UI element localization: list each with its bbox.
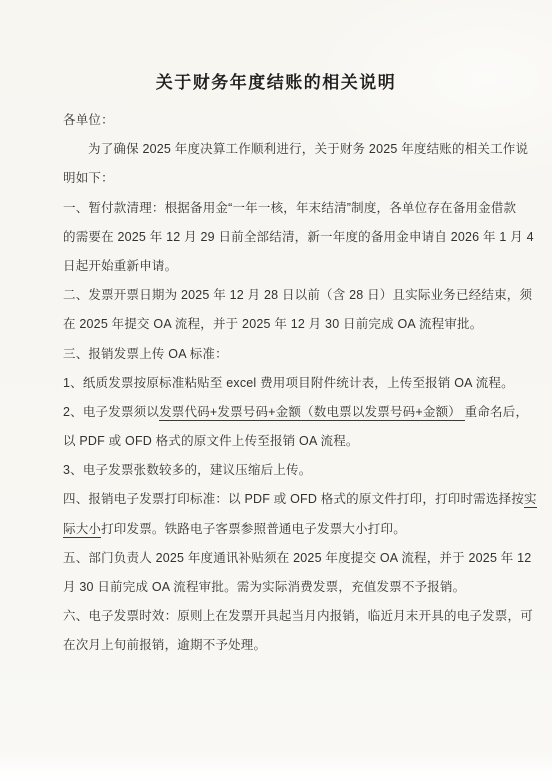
text-segment: 二、发票开票日期为 2025 年 12 月 28 日以前（含 28 日）且实际业… <box>63 288 532 302</box>
document-line: 际大小打印发票。铁路电子客票参照普通电子发票大小打印。 <box>63 515 500 544</box>
document-line: 一、暂付款清理：根据备用金“一年一核，年末结清”制度，各单位存在备用金借款 <box>63 194 500 223</box>
document-line: 各单位： <box>63 106 500 135</box>
document-line: 为了确保 2025 年度决算工作顺利进行，关于财务 2025 年度结账的相关工作… <box>63 135 500 164</box>
document-line: 五、部门负责人 2025 年度通讯补贴须在 2025 年度提交 OA 流程，并于… <box>63 544 500 573</box>
document-line: 1、纸质发票按原标准粘贴至 excel 费用项目附件统计表，上传至报销 OA 流… <box>63 369 500 398</box>
document-line: 明如下： <box>63 164 500 193</box>
underlined-text: 实 <box>524 492 537 508</box>
text-segment: 五、部门负责人 2025 年度通讯补贴须在 2025 年度提交 OA 流程，并于… <box>63 551 531 565</box>
text-segment: 为了确保 2025 年度决算工作顺利进行，关于财务 2025 年度结账的相关工作… <box>88 142 528 156</box>
text-segment: 日起开始重新申请。 <box>63 259 177 273</box>
underlined-text: 发票代码+发票号码+金额（数电票以发票号码+金额） <box>159 405 465 421</box>
text-segment: 1、纸质发票按原标准粘贴至 excel 费用项目附件统计表，上传至报销 OA 流… <box>63 376 514 390</box>
text-segment: 重命名后， <box>465 405 529 419</box>
document-line: 在 2025 年提交 OA 流程，并于 2025 年 12 月 30 日前完成 … <box>63 310 500 339</box>
text-segment: 以 PDF 或 OFD 格式的原文件上传至报销 OA 流程。 <box>63 434 359 448</box>
document-line: 四、报销电子发票打印标准：以 PDF 或 OFD 格式的原文件打印，打印时需选择… <box>63 485 500 514</box>
document-line: 3、电子发票张数较多的，建议压缩后上传。 <box>63 456 500 485</box>
document-line: 二、发票开票日期为 2025 年 12 月 28 日以前（含 28 日）且实际业… <box>63 281 500 310</box>
document-line: 月 30 日前完成 OA 流程审批。需为实际消费发票，充值发票不予报销。 <box>63 573 500 602</box>
text-segment: 三、报销发票上传 OA 标准： <box>63 347 228 361</box>
text-segment: 明如下： <box>63 171 114 185</box>
text-segment: 四、报销电子发票打印标准：以 PDF 或 OFD 格式的原文件打印，打印时需选择… <box>63 492 524 506</box>
document-line: 在次月上旬前报销，逾期不予处理。 <box>63 631 500 660</box>
text-segment: 一、暂付款清理：根据备用金“一年一核，年末结清”制度，各单位存在备用金借款 <box>63 201 516 215</box>
document-title: 关于财务年度结账的相关说明 <box>0 0 552 94</box>
text-segment: 2、电子发票须以 <box>63 405 159 419</box>
document-body: 各单位：为了确保 2025 年度决算工作顺利进行，关于财务 2025 年度结账的… <box>63 106 500 661</box>
text-segment: 的需要在 2025 年 12 月 29 日前全部结清，新一年度的备用金申请自 2… <box>63 230 534 244</box>
text-segment: 月 30 日前完成 OA 流程审批。需为实际消费发票，充值发票不予报销。 <box>63 580 465 594</box>
text-segment: 在次月上旬前报销，逾期不予处理。 <box>63 638 266 652</box>
text-segment: 在 2025 年提交 OA 流程，并于 2025 年 12 月 30 日前完成 … <box>63 317 482 331</box>
underlined-text: 际大小 <box>63 522 101 538</box>
scanned-document-page: 关于财务年度结账的相关说明 各单位：为了确保 2025 年度决算工作顺利进行，关… <box>0 0 552 782</box>
document-line: 2、电子发票须以发票代码+发票号码+金额（数电票以发票号码+金额） 重命名后， <box>63 398 500 427</box>
document-line: 六、电子发票时效：原则上在发票开具起当月内报销，临近月末开具的电子发票，可 <box>63 602 500 631</box>
text-segment: 3、电子发票张数较多的，建议压缩后上传。 <box>63 463 311 477</box>
document-line: 以 PDF 或 OFD 格式的原文件上传至报销 OA 流程。 <box>63 427 500 456</box>
document-line: 三、报销发票上传 OA 标准： <box>63 340 500 369</box>
text-segment: 各单位： <box>63 113 114 127</box>
text-segment: 六、电子发票时效：原则上在发票开具起当月内报销，临近月末开具的电子发票，可 <box>63 609 533 623</box>
text-segment: 打印发票。铁路电子客票参照普通电子发票大小打印。 <box>101 522 406 536</box>
document-line: 日起开始重新申请。 <box>63 252 500 281</box>
document-line: 的需要在 2025 年 12 月 29 日前全部结清，新一年度的备用金申请自 2… <box>63 223 500 252</box>
